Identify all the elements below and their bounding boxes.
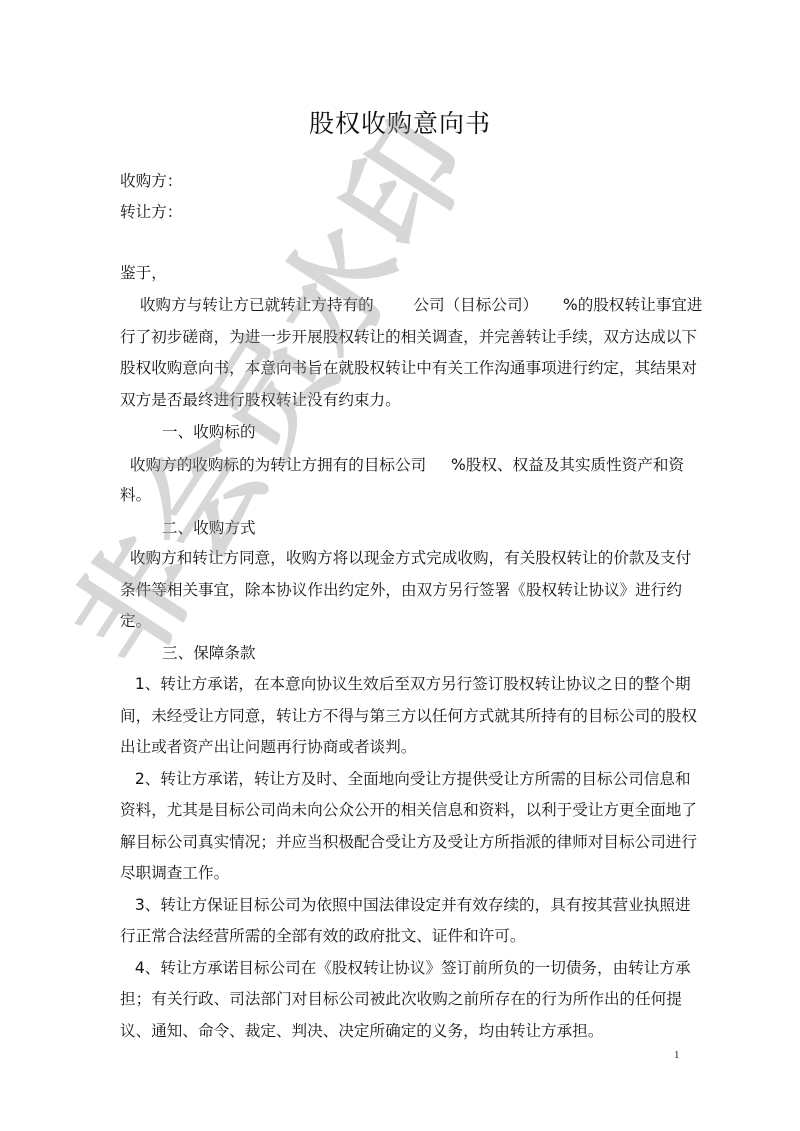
section-line: 料。: [120, 485, 682, 505]
preamble-line: 双方是否最终进行股权转让没有约束力。: [120, 390, 682, 410]
clause-line: 担；有关行政、司法部门对目标公司被此次收购之前所存在的行为所作出的任何提: [120, 989, 682, 1009]
section-line: 定。: [120, 611, 682, 631]
transferor-label: 转让方：: [120, 202, 682, 222]
section-line: 收购方和转让方同意，收购方将以现金方式完成收购，有关股权转让的价款及支付: [120, 548, 682, 568]
preamble-line: 股权收购意向书，本意向书旨在就股权转让中有关工作沟通事项进行约定，其结果对: [120, 358, 682, 378]
page-number: 1: [674, 1049, 680, 1061]
clause-line: 出让或者资产出让问题再行协商或者谈判。: [120, 737, 682, 757]
clause-line: 资料，尤其是目标公司尚未向公众公开的相关信息和资料，以利于受让方更全面地了: [120, 800, 682, 820]
section-heading: 二、收购方式: [162, 518, 256, 538]
preamble-line: 行了初步磋商，为进一步开展股权转让的相关调查，并完善转让手续，双方达成以下: [120, 327, 682, 347]
whereas-label: 鉴于，: [120, 263, 682, 283]
clause-line: 3、转让方保证目标公司为依照中国法律设定并有效存续的，具有按其营业执照进: [120, 895, 682, 915]
section-heading: 三、保障条款: [162, 643, 256, 663]
clause-line: 解目标公司真实情况；并应当积极配合受让方及受让方所指派的律师对目标公司进行: [120, 832, 682, 852]
clause-line: 间，未经受让方同意，转让方不得与第三方以任何方式就其所持有的目标公司的股权: [120, 706, 682, 726]
acquirer-label: 收购方：: [120, 171, 682, 191]
section-line: 收购方的收购标的为转让方拥有的目标公司 %股权、权益及其实质性资产和资: [120, 455, 682, 475]
clause-line: 议、通知、命令、裁定、判决、决定所确定的义务，均由转让方承担。: [120, 1021, 682, 1041]
section-heading: 一、收购标的: [162, 422, 256, 442]
clause-line: 1、转让方承诺，在本意向协议生效后至双方另行签订股权转让协议之日的整个期: [120, 674, 682, 694]
section-line: 条件等相关事宜，除本协议作出约定外，由双方另行签署《股权转让协议》进行约: [120, 580, 682, 600]
document-title: 股权收购意向书: [0, 104, 800, 140]
document-page: 非会员水印 股权收购意向书 收购方： 转让方： 鉴于， 收购方与转让方已就转让方…: [0, 0, 800, 1131]
clause-line: 2、转让方承诺，转让方及时、全面地向受让方提供受让方所需的目标公司信息和: [120, 769, 682, 789]
clause-line: 行正常合法经营所需的全部有效的政府批文、证件和许可。: [120, 926, 682, 946]
preamble-line: 收购方与转让方已就转让方持有的 公司（目标公司） %的股权转让事宜进: [120, 295, 682, 315]
clause-line: 尽职调查工作。: [120, 863, 682, 883]
clause-line: 4、转让方承诺目标公司在《股权转让协议》签订前所负的一切债务，由转让方承: [120, 958, 682, 978]
